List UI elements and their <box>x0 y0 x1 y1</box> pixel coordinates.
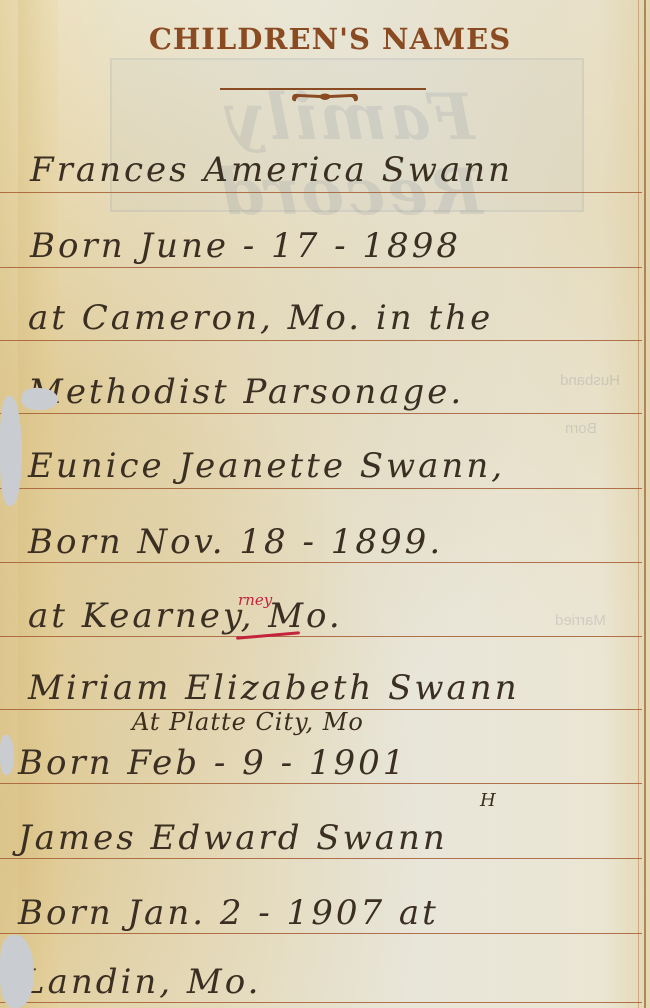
superscript-mark: H <box>480 790 497 811</box>
torn-edge <box>22 388 58 410</box>
ruled-line <box>0 562 642 563</box>
handwritten-line: Born Feb - 9 - 1901 <box>18 743 407 783</box>
inserted-place-note: At Platte City, Mo <box>132 708 364 736</box>
ruled-line <box>0 1002 642 1003</box>
handwritten-line: Landin, Mo. <box>22 962 261 1002</box>
handwritten-line: James Edward Swann <box>18 818 448 858</box>
handwritten-line: Born Jan. 2 - 1907 at <box>18 893 439 933</box>
handwritten-line: Born June - 17 - 1898 <box>30 226 461 266</box>
handwritten-line: Frances America Swann <box>30 150 513 190</box>
ruled-line <box>0 933 642 934</box>
ruled-line <box>0 267 642 268</box>
ruled-line <box>0 783 642 784</box>
record-page: Family Record Husband Born Married CHILD… <box>0 0 650 1008</box>
bleed-through-label: Born <box>565 420 597 437</box>
ruled-line <box>0 340 642 341</box>
handwritten-line: Methodist Parsonage. <box>28 372 464 412</box>
torn-edge <box>0 935 34 1008</box>
handwritten-line: Born Nov. 18 - 1899. <box>28 522 443 562</box>
page-border <box>644 0 646 1008</box>
torn-edge <box>0 735 14 775</box>
ruled-line <box>0 636 642 637</box>
ruled-line <box>0 488 642 489</box>
handwritten-line: at Kearney, Mo. <box>28 596 343 636</box>
handwritten-line: Miriam Elizabeth Swann <box>28 668 520 708</box>
page-border-inner <box>638 0 639 1008</box>
handwritten-line: at Cameron, Mo. in the <box>28 298 493 338</box>
ruled-line <box>0 858 642 859</box>
red-correction: rney <box>238 591 272 609</box>
handwritten-line: Eunice Jeanette Swann, <box>28 446 505 486</box>
ornament-icon <box>290 92 360 104</box>
title-divider <box>220 88 426 90</box>
page-title: CHILDREN'S NAMES <box>0 22 650 56</box>
ruled-line <box>0 192 642 193</box>
bleed-through-label: Married <box>555 612 606 629</box>
torn-edge <box>0 396 22 506</box>
bleed-through-label: Husband <box>560 372 620 389</box>
ruled-line <box>0 413 642 414</box>
